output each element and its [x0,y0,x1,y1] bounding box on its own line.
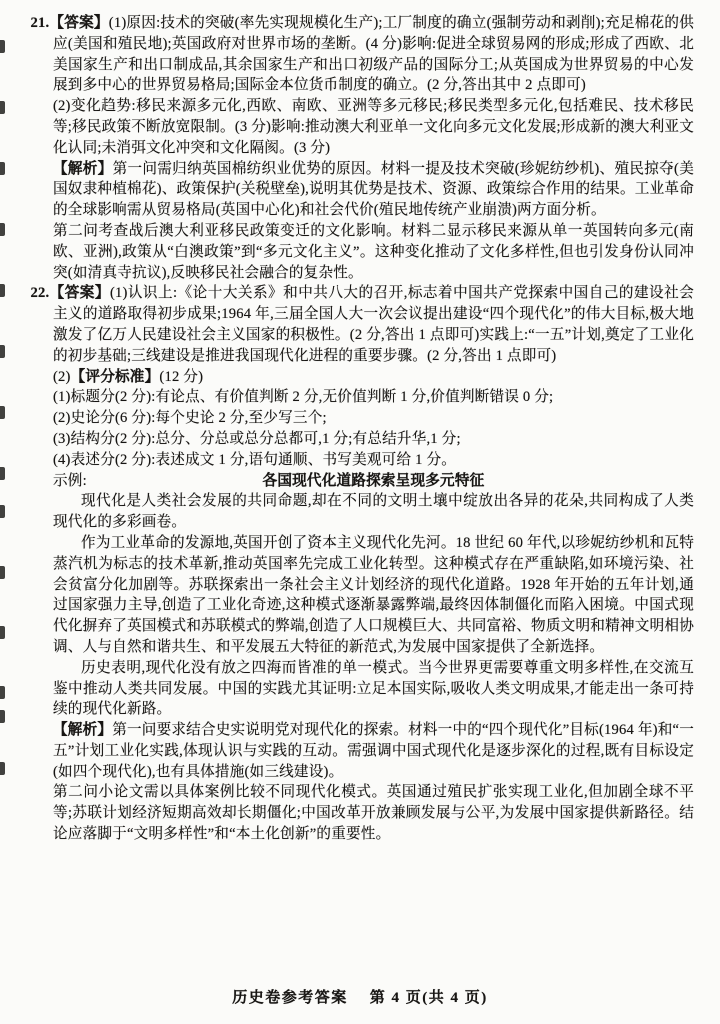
q22-scoring-line-1: (1)标题分(2 分):有论点、有价值判断 2 分,无价值判断 1 分,价值判断… [53,387,694,408]
q22-scoring-text-4: (4)表述分(2 分):表述成文 1 分,语句通顺、书写美观可给 1 分。 [53,452,456,468]
q22-analysis-label: 【解析】 [53,722,112,738]
q22-scoring-text-1: (1)标题分(2 分):有论点、有价值判断 2 分,无价值判断 1 分,价值判断… [53,389,553,405]
footer-page-number: 第 4 页(共 4 页) [370,990,488,1006]
question-22-block: 22.【答案】(1)认识上:《论十大关系》和中共八大的召开,标志着中国共产党探索… [0,283,720,845]
q21-answer-paragraph-1: 21.【答案】(1)原因:技术的突破(率先实现规模化生产);工厂制度的确立(强制… [53,13,694,96]
q21-answer-text-2: (2)变化趋势:移民来源多元化,西欧、南欧、亚洲等多元移民;移民类型多元化,包括… [53,98,694,156]
q22-example-title: 各国现代化道路探索呈现多元特征 [53,471,694,492]
q22-essay-text-3: 历史表明,现代化没有放之四海而皆准的单一模式。当今世界更需要尊重文明多样性,在交… [53,660,694,718]
q21-answer-text-1: (1)原因:技术的突破(率先实现规模化生产);工厂制度的确立(强制劳动和剥削);… [53,15,694,93]
q22-answer-label: 【答案】 [49,285,110,301]
q21-analysis-paragraph-1: 【解析】第一问需归纳英国棉纺织业优势的原因。材料一提及技术突破(珍妮纺纱机)、殖… [53,159,694,221]
q22-scoring-text-3: (3)结构分(2 分):总分、分总或总分总都可,1 分;有总结升华,1 分; [53,431,461,447]
q22-essay-paragraph-3: 历史表明,现代化没有放之四海而皆准的单一模式。当今世界更需要尊重文明多样性,在交… [53,658,694,720]
q22-question-number: 22. [31,285,50,301]
q22-analysis-text-2: 第二问小论文需以具体案例比较不同现代化模式。英国通过殖民扩张实现工业化,但加剧全… [53,784,694,842]
q22-answer-paragraph-1: 22.【答案】(1)认识上:《论十大关系》和中共八大的召开,标志着中国共产党探索… [53,283,694,366]
question-21-block: 21.【答案】(1)原因:技术的突破(率先实现规模化生产);工厂制度的确立(强制… [0,13,720,283]
q22-scoring-line-3: (3)结构分(2 分):总分、分总或总分总都可,1 分;有总结升华,1 分; [53,429,694,450]
q21-analysis-paragraph-2: 第二问考查战后澳大利亚移民政策变迁的文化影响。材料二显示移民来源从单一英国转向多… [53,221,694,283]
q21-analysis-text-2: 第二问考查战后澳大利亚移民政策变迁的文化影响。材料二显示移民来源从单一英国转向多… [53,223,694,281]
q22-essay-text-2: 作为工业革命的发源地,英国开创了资本主义现代化先河。18 世纪 60 年代,以珍… [53,535,694,655]
q22-essay-paragraph-2: 作为工业革命的发源地,英国开创了资本主义现代化先河。18 世纪 60 年代,以珍… [53,533,694,658]
q22-scoring-line-4: (4)表述分(2 分):表述成文 1 分,语句通顺、书写美观可给 1 分。 [53,450,694,471]
answer-key-content: 21.【答案】(1)原因:技术的突破(率先实现规模化生产);工厂制度的确立(强制… [0,13,720,845]
q22-rubric-suffix: (12 分) [159,369,203,385]
q22-analysis-text-1: 第一问要求结合史实说明党对现代化的探索。材料一中的“四个现代化”目标(1964 … [53,722,694,780]
exam-answer-sheet-page: 21.【答案】(1)原因:技术的突破(率先实现规模化生产);工厂制度的确立(强制… [0,0,720,1024]
q22-analysis-paragraph-1: 【解析】第一问要求结合史实说明党对现代化的探索。材料一中的“四个现代化”目标(1… [53,720,694,782]
q22-example-label: 示例: [53,471,87,492]
q21-answer-label: 【答案】 [49,15,108,31]
q22-essay-text-1: 现代化是人类社会发展的共同命题,却在不同的文明土壤中绽放出各异的花朵,共同构成了… [53,493,694,530]
q21-question-number: 21. [31,15,50,31]
q21-answer-paragraph-2: (2)变化趋势:移民来源多元化,西欧、南欧、亚洲等多元移民;移民类型多元化,包括… [53,96,694,158]
q22-essay-paragraph-1: 现代化是人类社会发展的共同命题,却在不同的文明土壤中绽放出各异的花朵,共同构成了… [53,491,694,533]
q22-analysis-paragraph-2: 第二问小论文需以具体案例比较不同现代化模式。英国通过殖民扩张实现工业化,但加剧全… [53,782,694,844]
q21-analysis-label: 【解析】 [53,161,113,177]
page-footer: 历史卷参考答案第 4 页(共 4 页) [0,986,720,1007]
q22-scoring-line-2: (2)史论分(6 分):每个史论 2 分,至少写三个; [53,408,694,429]
footer-document-title: 历史卷参考答案 [232,990,348,1006]
q21-analysis-text-1: 第一问需归纳英国棉纺织业优势的原因。材料一提及技术突破(珍妮纺纱机)、殖民掠夺(… [53,161,694,219]
q22-rubric-label: 【评分标准】 [71,369,160,385]
q22-scoring-text-2: (2)史论分(6 分):每个史论 2 分,至少写三个; [53,410,327,426]
q22-rubric-pre: (2) [53,369,71,385]
q22-rubric-header: (2)【评分标准】(12 分) [53,367,694,388]
q22-example-heading: 示例:各国现代化道路探索呈现多元特征 [53,471,694,492]
q22-answer-text-1: (1)认识上:《论十大关系》和中共八大的召开,标志着中国共产党探索中国自己的建设… [53,285,694,363]
